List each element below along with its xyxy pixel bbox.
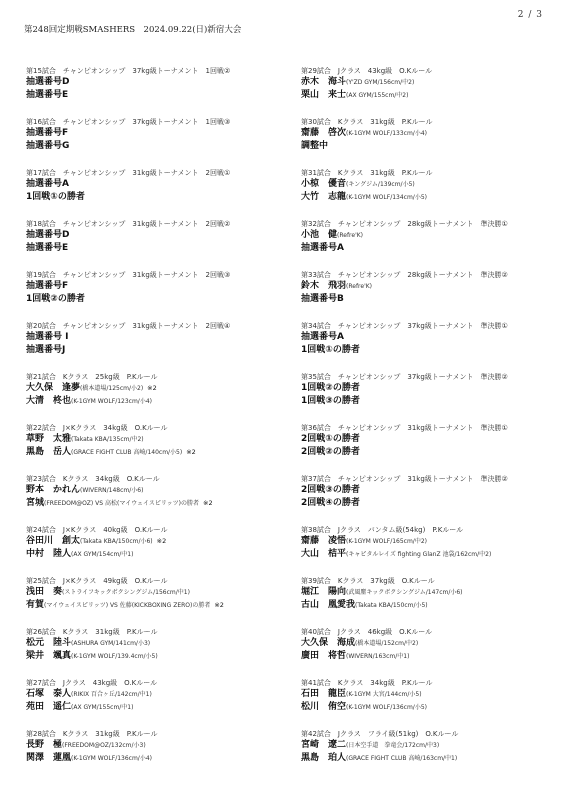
fighter-name: 有賀: [26, 600, 44, 610]
fighter-note: ※2: [186, 448, 196, 456]
fighter-detail: (Y'ZD GYM/156cm/中2): [346, 79, 414, 86]
bout-entry: 第41試合 Kクラス 34kg級 P.Kルール石田 龍臣(K-1GYM 大宮/1…: [301, 678, 563, 729]
bout-heading: 第39試合 Kクラス 37kg級 O.Kルール: [301, 576, 563, 586]
bout-heading: 第34試合 チャンピオンシップ 37kg級トーナメント 準決勝①: [301, 321, 563, 331]
fighter-name: 1回戦①の勝者: [26, 192, 85, 202]
fighter-row: 1回戦③の勝者: [301, 395, 563, 408]
fighter-name: 抽選番号E: [26, 90, 68, 100]
fighter-name: 関澤 蓮凰: [26, 753, 71, 763]
fighter-detail: (FREEDOM@OZ/132cm/小3): [62, 742, 146, 749]
bout-entry: 第24試合 J×Kクラス 40kg級 O.Kルール谷田川 創太(Takata K…: [26, 525, 288, 576]
fighter-name: 1回戦②の勝者: [26, 294, 85, 304]
fighter-name: 中村 陸人: [26, 549, 71, 559]
fighter-name: 1回戦③の勝者: [301, 396, 360, 406]
bout-entry: 第42試合 Jクラス フライ級(51kg) O.Kルール宮崎 遼二(日本空手道 …: [301, 729, 563, 780]
fighter-name: 古山 凰愛我: [301, 600, 355, 610]
fighter-detail: (K-1GYM WOLF/134cm/小5): [346, 194, 427, 201]
fighter-note: ※2: [147, 384, 157, 392]
bout-entry: 第39試合 Kクラス 37kg級 O.Kルール堀江 陽向(武風塵キックボクシング…: [301, 576, 563, 627]
page-indicator: 2 / 3: [518, 10, 543, 20]
fighter-detail: (RIKIX 百合ヶ丘/142cm/中1): [71, 691, 152, 698]
fighter-row: 松川 侑空(K-1GYM WOLF/136cm/小5): [301, 701, 563, 714]
fighter-row: 大山 桔平(キャピタルレイズ fighting GlanZ 池袋/162cm/中…: [301, 548, 563, 561]
fighter-detail: (AX GYM/155cm/中1): [71, 704, 133, 711]
fighter-name: 赤木 海斗: [301, 77, 346, 87]
fighter-detail: (Takata KBA/135cm/中2): [71, 436, 144, 443]
fighter-name: 抽選番号F: [26, 281, 68, 291]
fighter-row: 抽選番号 I: [26, 331, 288, 344]
fighter-name: 1回戦①の勝者: [301, 345, 360, 355]
fighter-detail: (日本空手道 拳竜会/172cm/中3): [346, 742, 439, 749]
fighter-row: 野本 かれん(WIVERN/148cm/小6): [26, 484, 288, 497]
fighter-name: 石塚 泰人: [26, 689, 71, 699]
fighter-note: ※2: [214, 601, 224, 609]
bout-entry: 第20試合 チャンピオンシップ 31kg級トーナメント 2回戦④抽選番号 I抽選…: [26, 321, 288, 372]
fighter-detail: (キングジム/139cm/小5): [346, 181, 415, 188]
fighter-name: 黒島 岳人: [26, 447, 71, 457]
fighter-row: 谷田川 創太(Takata KBA/150cm/小6)※2: [26, 535, 288, 548]
fighter-row: 堀江 陽向(武風塵キックボクシングジム/147cm/小6): [301, 586, 563, 599]
fighter-row: 抽選番号E: [26, 242, 288, 255]
bout-entry: 第37試合 チャンピオンシップ 31kg級トーナメント 準決勝②2回戦③の勝者2…: [301, 474, 563, 525]
fighter-detail: (K-1GYM WOLF/136cm/小4): [71, 755, 152, 762]
bout-entry: 第21試合 Kクラス 25kg級 P.Kルール大久保 逢夢(橋本道場/125cm…: [26, 372, 288, 423]
bout-entry: 第28試合 Kクラス 31kg級 P.Kルール長野 極(FREEDOM@OZ/1…: [26, 729, 288, 780]
bout-heading: 第27試合 Jクラス 43kg級 O.Kルール: [26, 678, 288, 688]
fighter-name: 抽選番号A: [301, 332, 344, 342]
fighter-row: 2回戦②の勝者: [301, 446, 563, 459]
bout-heading: 第20試合 チャンピオンシップ 31kg級トーナメント 2回戦④: [26, 321, 288, 331]
fighter-name: 大久保 逢夢: [26, 383, 80, 393]
fighter-row: 1回戦①の勝者: [301, 344, 563, 357]
fighter-row: 抽選番号E: [26, 89, 288, 102]
fighter-detail: (FREEDOM@OZ) VS 高松(マイウェイスピリッツ)の勝者: [44, 500, 199, 507]
fighter-row: 2回戦①の勝者: [301, 433, 563, 446]
bout-heading: 第21試合 Kクラス 25kg級 P.Kルール: [26, 372, 288, 382]
fighter-row: 鈴木 飛羽(Refre'K): [301, 280, 563, 293]
fighter-name: 黒島 珀人: [301, 753, 346, 763]
bout-entry: 第33試合 チャンピオンシップ 28kg級トーナメント 準決勝②鈴木 飛羽(Re…: [301, 270, 563, 321]
bout-entry: 第32試合 チャンピオンシップ 28kg級トーナメント 準決勝①小池 健(Ref…: [301, 219, 563, 270]
fighter-name: 長野 極: [26, 740, 62, 750]
fighter-row: 抽選番号F: [26, 280, 288, 293]
bout-entry: 第35試合 チャンピオンシップ 37kg級トーナメント 準決勝②1回戦②の勝者1…: [301, 372, 563, 423]
bout-heading: 第22試合 J×Kクラス 34kg級 O.Kルール: [26, 423, 288, 433]
fighter-detail: (ASHURA GYM/141cm/小3): [71, 640, 150, 647]
fighter-name: 2回戦①の勝者: [301, 434, 360, 444]
right-column: 第29試合 Jクラス 43kg級 O.Kルール赤木 海斗(Y'ZD GYM/15…: [301, 66, 563, 780]
fighter-name: 齋藤 啓次: [301, 128, 346, 138]
bout-entry: 第26試合 Kクラス 31kg級 P.Kルール松元 陸斗(ASHURA GYM/…: [26, 627, 288, 678]
bout-heading: 第33試合 チャンピオンシップ 28kg級トーナメント 準決勝②: [301, 270, 563, 280]
fighter-detail: (K-1GYM WOLF/133cm/小4): [346, 130, 427, 137]
fighter-name: 小椋 優音: [301, 179, 346, 189]
fighter-row: 関澤 蓮凰(K-1GYM WOLF/136cm/小4): [26, 752, 288, 765]
fighter-name: 谷田川 創太: [26, 536, 80, 546]
fighter-name: 大竹 志龍: [301, 192, 346, 202]
bout-heading: 第36試合 チャンピオンシップ 31kg級トーナメント 準決勝①: [301, 423, 563, 433]
fighter-row: 黒島 珀人(GRACE FIGHT CLUB 高崎/163cm/中1): [301, 752, 563, 765]
fighter-detail: (Takata KBA/150cm/小5): [355, 602, 428, 609]
bout-heading: 第31試合 Kクラス 31kg級 P.Kルール: [301, 168, 563, 178]
fighter-row: 黒島 岳人(GRACE FIGHT CLUB 高崎/140cm/小5)※2: [26, 446, 288, 459]
fighter-detail: (Refre'K): [337, 232, 363, 239]
fighter-row: 草野 太雅(Takata KBA/135cm/中2): [26, 433, 288, 446]
bout-heading: 第17試合 チャンピオンシップ 31kg級トーナメント 2回戦①: [26, 168, 288, 178]
fighter-row: 抽選番号A: [301, 331, 563, 344]
bout-entry: 第40試合 Jクラス 46kg級 O.Kルール大久保 海成(橋本道場/152cm…: [301, 627, 563, 678]
fighter-row: 長野 極(FREEDOM@OZ/132cm/小3): [26, 739, 288, 752]
fighter-name: 草野 太雅: [26, 434, 71, 444]
bout-heading: 第32試合 チャンピオンシップ 28kg級トーナメント 準決勝①: [301, 219, 563, 229]
bout-entry: 第34試合 チャンピオンシップ 37kg級トーナメント 準決勝①抽選番号A1回戦…: [301, 321, 563, 372]
bout-heading: 第40試合 Jクラス 46kg級 O.Kルール: [301, 627, 563, 637]
bout-entry: 第36試合 チャンピオンシップ 31kg級トーナメント 準決勝①2回戦①の勝者2…: [301, 423, 563, 474]
bout-heading: 第29試合 Jクラス 43kg級 O.Kルール: [301, 66, 563, 76]
fighter-row: 大久保 逢夢(橋本道場/125cm/小2)※2: [26, 382, 288, 395]
fighter-detail: (AX GYM/154cm/中1): [71, 551, 133, 558]
bout-heading: 第23試合 Kクラス 34kg級 O.Kルール: [26, 474, 288, 484]
fighter-name: 堀江 陽向: [301, 587, 346, 597]
bout-heading: 第42試合 Jクラス フライ級(51kg) O.Kルール: [301, 729, 563, 739]
bout-heading: 第25試合 J×Kクラス 49kg級 O.Kルール: [26, 576, 288, 586]
fighter-note: ※2: [203, 499, 213, 507]
fighter-name: 抽選番号E: [26, 243, 68, 253]
bout-heading: 第35試合 チャンピオンシップ 37kg級トーナメント 準決勝②: [301, 372, 563, 382]
fighter-detail: (橋本道場/152cm/中2): [355, 640, 418, 647]
fighter-row: 抽選番号D: [26, 229, 288, 242]
fighter-row: 有賀(マイウェイスピリッツ) VS 佐藤(KICKBOXING ZERO)の勝者…: [26, 599, 288, 612]
fighter-row: 抽選番号D: [26, 76, 288, 89]
bout-entry: 第25試合 J×Kクラス 49kg級 O.Kルール浅田 奏(ストライフキックボク…: [26, 576, 288, 627]
fighter-row: 石塚 泰人(RIKIX 百合ヶ丘/142cm/中1): [26, 688, 288, 701]
fighter-name: 抽選番号J: [26, 345, 65, 355]
fighter-detail: (橋本道場/125cm/小2): [80, 385, 143, 392]
bout-entry: 第23試合 Kクラス 34kg級 O.Kルール野本 かれん(WIVERN/148…: [26, 474, 288, 525]
fighter-name: 宮崎 遼二: [301, 740, 346, 750]
bout-heading: 第37試合 チャンピオンシップ 31kg級トーナメント 準決勝②: [301, 474, 563, 484]
fighter-detail: (キャピタルレイズ fighting GlanZ 池袋/162cm/中2): [346, 551, 491, 558]
fighter-detail: (K-1GYM 大宮/144cm/小5): [346, 691, 422, 698]
fighter-row: 抽選番号A: [301, 242, 563, 255]
fighter-row: 抽選番号B: [301, 293, 563, 306]
fighter-name: 抽選番号A: [26, 179, 69, 189]
fighter-name: 梁井 颯真: [26, 651, 71, 661]
fighter-name: 抽選番号A: [301, 243, 344, 253]
fighter-detail: (GRACE FIGHT CLUB 高崎/163cm/中1): [346, 755, 457, 762]
fighter-row: 赤木 海斗(Y'ZD GYM/156cm/中2): [301, 76, 563, 89]
bout-entry: 第27試合 Jクラス 43kg級 O.Kルール石塚 泰人(RIKIX 百合ヶ丘/…: [26, 678, 288, 729]
fighter-name: 石田 龍臣: [301, 689, 346, 699]
fighter-name: 抽選番号D: [26, 230, 69, 240]
fighter-detail: (K-1GYM WOLF/165cm/中2): [346, 538, 427, 545]
fighter-name: 齋藤 凌悟: [301, 536, 346, 546]
fighter-name: 松川 侑空: [301, 702, 346, 712]
bout-heading: 第19試合 チャンピオンシップ 31kg級トーナメント 2回戦③: [26, 270, 288, 280]
fighter-detail: (マイウェイスピリッツ) VS 佐藤(KICKBOXING ZERO)の勝者: [44, 602, 210, 609]
fighter-name: 1回戦②の勝者: [301, 383, 360, 393]
bout-entry: 第17試合 チャンピオンシップ 31kg級トーナメント 2回戦①抽選番号A1回戦…: [26, 168, 288, 219]
fighter-name: 松元 陸斗: [26, 638, 71, 648]
fighter-detail: (Takata KBA/150cm/小6): [80, 538, 153, 545]
bout-entry: 第15試合 チャンピオンシップ 37kg級トーナメント 1回戦②抽選番号D抽選番…: [26, 66, 288, 117]
fighter-row: 浅田 奏(ストライフキックボクシングジム/156cm/中1): [26, 586, 288, 599]
bout-entry: 第16試合 チャンピオンシップ 37kg級トーナメント 1回戦③抽選番号F抽選番…: [26, 117, 288, 168]
fighter-name: 大山 桔平: [301, 549, 346, 559]
fighter-name: 抽選番号G: [26, 141, 69, 151]
fighter-name: 野本 かれん: [26, 485, 80, 495]
fighter-detail: (WIVERN/163cm/中1): [346, 653, 409, 660]
fighter-row: 大竹 志龍(K-1GYM WOLF/134cm/小5): [301, 191, 563, 204]
fighter-name: 抽選番号 I: [26, 332, 68, 342]
fighter-detail: (K-1GYM WOLF/139.4cm/小5): [71, 653, 158, 660]
fighter-row: 大久保 海成(橋本道場/152cm/中2): [301, 637, 563, 650]
fighter-row: 2回戦④の勝者: [301, 497, 563, 510]
fighter-row: 1回戦①の勝者: [26, 191, 288, 204]
fighter-row: 大清 柊也(K-1GYM WOLF/123cm/小4): [26, 395, 288, 408]
fighter-row: 抽選番号G: [26, 140, 288, 153]
bout-heading: 第38試合 Jクラス バンタム級(54kg) P.Kルール: [301, 525, 563, 535]
fighter-detail: (K-1GYM WOLF/123cm/小4): [71, 398, 152, 405]
fighter-row: 1回戦②の勝者: [26, 293, 288, 306]
fighter-name: 大久保 海成: [301, 638, 355, 648]
fighter-row: 小池 健(Refre'K): [301, 229, 563, 242]
fighter-row: 石田 龍臣(K-1GYM 大宮/144cm/小5): [301, 688, 563, 701]
fighter-row: 廣田 将哲(WIVERN/163cm/中1): [301, 650, 563, 663]
bout-heading: 第24試合 J×Kクラス 40kg級 O.Kルール: [26, 525, 288, 535]
bout-heading: 第18試合 チャンピオンシップ 31kg級トーナメント 2回戦②: [26, 219, 288, 229]
bout-entry: 第22試合 J×Kクラス 34kg級 O.Kルール草野 太雅(Takata KB…: [26, 423, 288, 474]
fighter-row: 梁井 颯真(K-1GYM WOLF/139.4cm/小5): [26, 650, 288, 663]
fighter-row: 宮城(FREEDOM@OZ) VS 高松(マイウェイスピリッツ)の勝者※2: [26, 497, 288, 510]
fighter-detail: (K-1GYM WOLF/136cm/小5): [346, 704, 427, 711]
bout-heading: 第28試合 Kクラス 31kg級 P.Kルール: [26, 729, 288, 739]
fighter-detail: (武風塵キックボクシングジム/147cm/小6): [346, 589, 463, 596]
fighter-name: 宮城: [26, 498, 44, 508]
fighter-row: 齋藤 啓次(K-1GYM WOLF/133cm/小4): [301, 127, 563, 140]
bout-heading: 第41試合 Kクラス 34kg級 P.Kルール: [301, 678, 563, 688]
fighter-detail: (ストライフキックボクシングジム/156cm/中1): [62, 589, 190, 596]
fighter-name: 大清 柊也: [26, 396, 71, 406]
fighter-name: 栗山 来士: [301, 90, 346, 100]
fighter-name: 小池 健: [301, 230, 337, 240]
document-title: 第248回定期戦SMASHERS 2024.09.22(日)新宿大会: [24, 23, 241, 35]
bout-heading: 第26試合 Kクラス 31kg級 P.Kルール: [26, 627, 288, 637]
bout-heading: 第15試合 チャンピオンシップ 37kg級トーナメント 1回戦②: [26, 66, 288, 76]
fighter-note: ※2: [157, 537, 167, 545]
bout-entry: 第30試合 Kクラス 31kg級 P.Kルール齋藤 啓次(K-1GYM WOLF…: [301, 117, 563, 168]
fighter-row: 抽選番号F: [26, 127, 288, 140]
fighter-row: 中村 陸人(AX GYM/154cm/中1): [26, 548, 288, 561]
bout-entry: 第31試合 Kクラス 31kg級 P.Kルール小椋 優音(キングジム/139cm…: [301, 168, 563, 219]
fighter-name: 2回戦②の勝者: [301, 447, 360, 457]
fighter-name: 浅田 奏: [26, 587, 62, 597]
fighter-row: 抽選番号J: [26, 344, 288, 357]
fighter-row: 2回戦③の勝者: [301, 484, 563, 497]
fighter-name: 抽選番号B: [301, 294, 344, 304]
left-column: 第15試合 チャンピオンシップ 37kg級トーナメント 1回戦②抽選番号D抽選番…: [26, 66, 288, 780]
bout-entry: 第19試合 チャンピオンシップ 31kg級トーナメント 2回戦③抽選番号F1回戦…: [26, 270, 288, 321]
fighter-name: 廣田 将哲: [301, 651, 346, 661]
bout-entry: 第29試合 Jクラス 43kg級 O.Kルール赤木 海斗(Y'ZD GYM/15…: [301, 66, 563, 117]
fighter-name: 苑田 遥仁: [26, 702, 71, 712]
fighter-name: 2回戦④の勝者: [301, 498, 360, 508]
fighter-name: 2回戦③の勝者: [301, 485, 360, 495]
fighter-row: 調整中: [301, 140, 563, 153]
fighter-row: 宮崎 遼二(日本空手道 拳竜会/172cm/中3): [301, 739, 563, 752]
fighter-row: 小椋 優音(キングジム/139cm/小5): [301, 178, 563, 191]
fighter-detail: (WIVERN/148cm/小6): [80, 487, 143, 494]
bout-entry: 第18試合 チャンピオンシップ 31kg級トーナメント 2回戦②抽選番号D抽選番…: [26, 219, 288, 270]
bout-heading: 第30試合 Kクラス 31kg級 P.Kルール: [301, 117, 563, 127]
fighter-detail: (GRACE FIGHT CLUB 高崎/140cm/小5): [71, 449, 182, 456]
fighter-name: 鈴木 飛羽: [301, 281, 346, 291]
bout-entry: 第38試合 Jクラス バンタム級(54kg) P.Kルール齋藤 凌悟(K-1GY…: [301, 525, 563, 576]
fighter-row: 抽選番号A: [26, 178, 288, 191]
fighter-name: 調整中: [301, 141, 328, 151]
fighter-row: 栗山 来士(AX GYM/155cm/中2): [301, 89, 563, 102]
fighter-row: 1回戦②の勝者: [301, 382, 563, 395]
fighter-name: 抽選番号F: [26, 128, 68, 138]
fighter-row: 苑田 遥仁(AX GYM/155cm/中1): [26, 701, 288, 714]
bout-heading: 第16試合 チャンピオンシップ 37kg級トーナメント 1回戦③: [26, 117, 288, 127]
fighter-detail: (AX GYM/155cm/中2): [346, 92, 408, 99]
fighter-row: 松元 陸斗(ASHURA GYM/141cm/小3): [26, 637, 288, 650]
fighter-row: 齋藤 凌悟(K-1GYM WOLF/165cm/中2): [301, 535, 563, 548]
fighter-detail: (Refre'K): [346, 283, 372, 290]
fighter-row: 古山 凰愛我(Takata KBA/150cm/小5): [301, 599, 563, 612]
fighter-name: 抽選番号D: [26, 77, 69, 87]
